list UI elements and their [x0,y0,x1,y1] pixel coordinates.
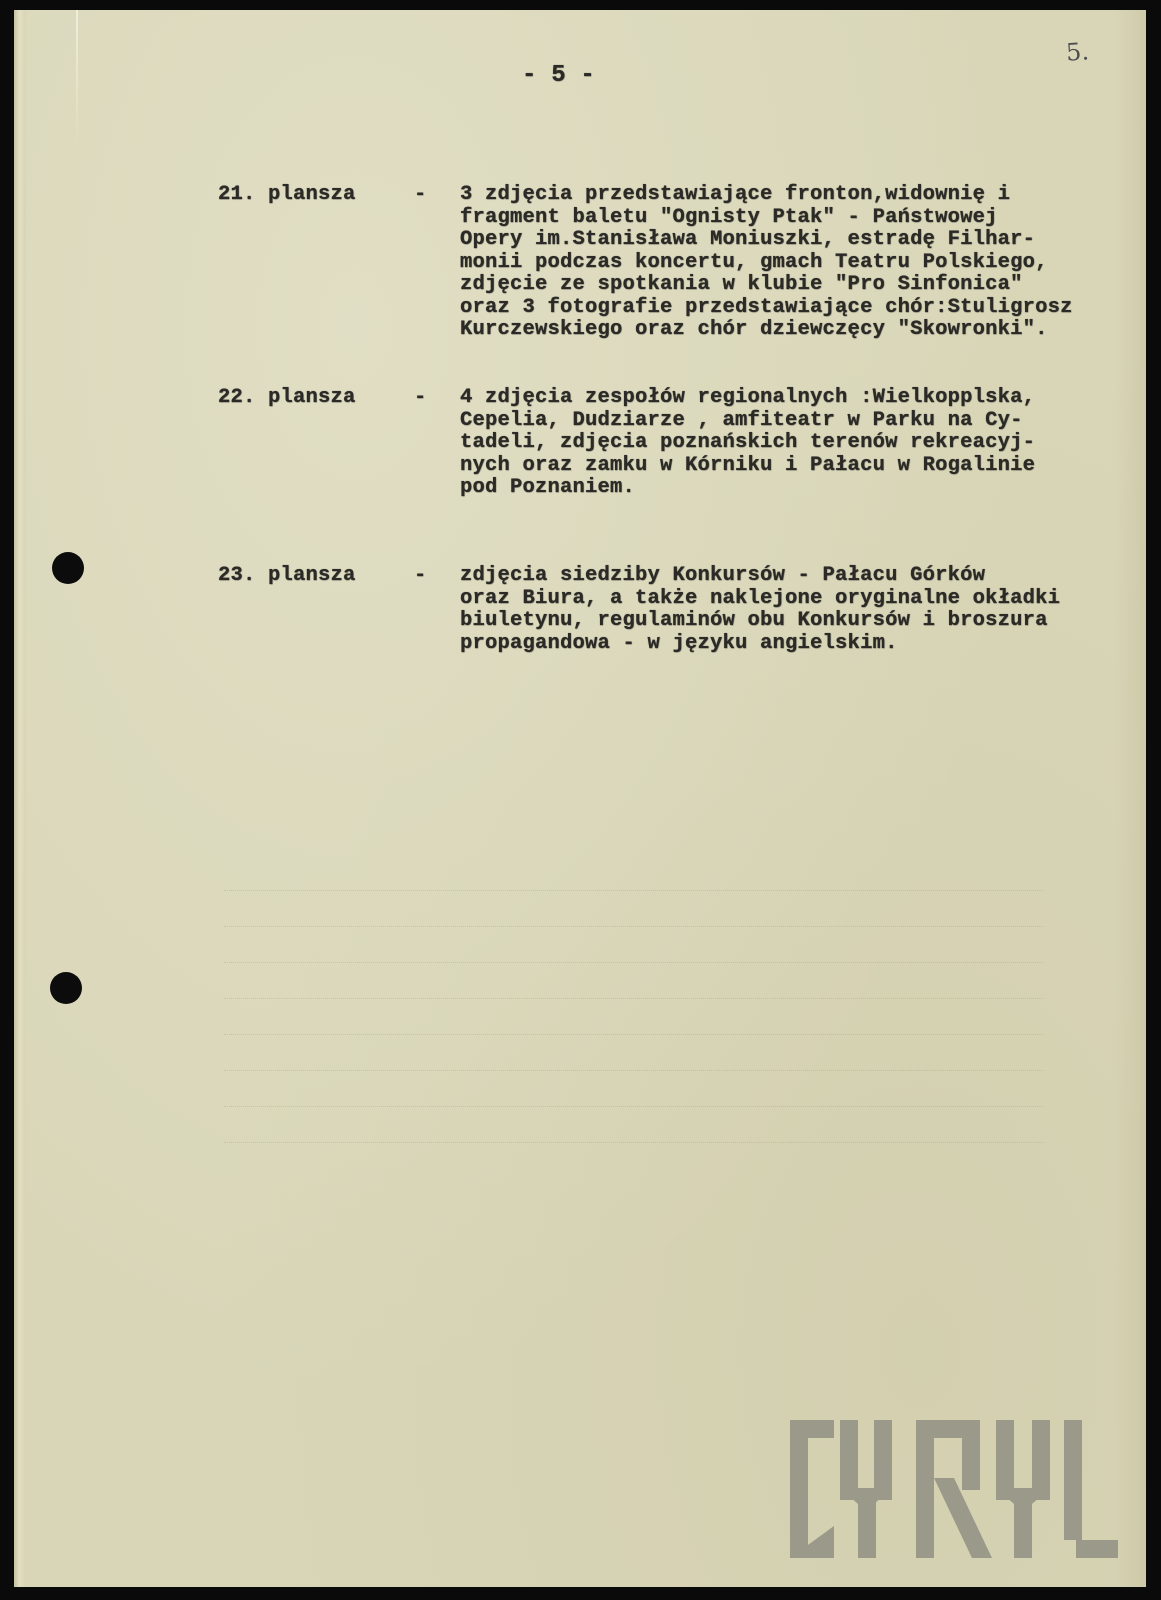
description-line: pod Poznaniem. [460,477,1160,500]
description-line: oraz 3 fotografie przedstawiające chór:S… [460,297,1160,320]
description-line: 4 zdjęcia zespołów regionalnych :Wielkop… [460,387,1160,410]
entry-dash: - [414,387,427,410]
paper-crease [76,10,78,150]
entry-description: 3 zdjęcia przedstawiające fronton,widown… [460,184,1160,342]
description-line: tadeli, zdjęcia poznańskich terenów rekr… [460,432,1160,455]
description-line: Opery im.Stanisława Moniuszki, estradę F… [460,229,1160,252]
entry-dash: - [414,565,427,588]
page-number: - 5 - [522,62,595,89]
description-line: propagandowa - w języku angielskim. [460,633,1160,656]
description-line: zdjęcie ze spotkania w klubie "Pro Sinfo… [460,274,1160,297]
description-line: nych oraz zamku w Kórniku i Pałacu w Rog… [460,455,1160,478]
cyryl-logo-icon [784,1408,1144,1558]
entry-label: 23. plansza [218,565,356,588]
description-line: biuletynu, regulaminów obu Konkursów i b… [460,610,1160,633]
description-line: zdjęcia siedziby Konkursów - Pałacu Górk… [460,565,1160,588]
show-through-text [224,890,1044,1190]
punch-hole-icon [52,552,84,584]
description-line: 3 zdjęcia przedstawiające fronton,widown… [460,184,1160,207]
entry-label: 22. plansza [218,387,356,410]
punch-hole-icon [50,972,82,1004]
document-page: - 5 - 5. 21. plansza - 3 zdjęcia przedst… [14,10,1146,1587]
entry-label: 21. plansza [218,184,356,207]
description-line: Cepelia, Dudziarze , amfiteatr w Parku n… [460,410,1160,433]
cyryl-watermark-logo [784,1408,1144,1558]
description-line: Kurczewskiego oraz chór dziewczęcy "Skow… [460,319,1160,342]
entry-description: zdjęcia siedziby Konkursów - Pałacu Górk… [460,565,1160,655]
description-line: oraz Biura, a także naklejone oryginalne… [460,588,1160,611]
handwritten-page-number: 5. [1065,37,1090,67]
description-line: fragment baletu "Ognisty Ptak" - Państwo… [460,207,1160,230]
page-edge [14,10,26,1587]
entry-dash: - [414,184,427,207]
entry-description: 4 zdjęcia zespołów regionalnych :Wielkop… [460,387,1160,500]
description-line: monii podczas koncertu, gmach Teatru Pol… [460,252,1160,275]
